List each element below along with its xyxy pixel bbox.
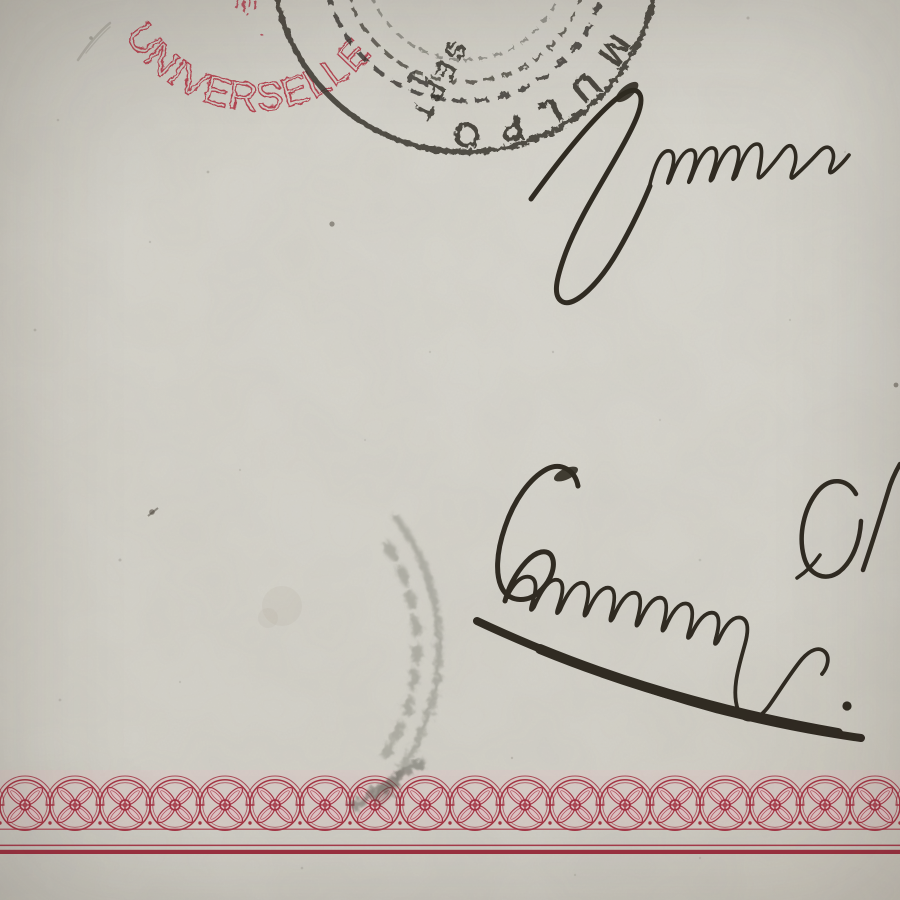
border-rule-thin — [0, 845, 900, 847]
country-period-dot — [842, 701, 851, 710]
border-rule-thick — [0, 850, 900, 854]
postcard-scene: UNIVERSELLE MULPO SEPT 1 — [0, 0, 900, 900]
border-coin-pattern — [0, 765, 900, 838]
border-base-rule — [0, 829, 900, 830]
